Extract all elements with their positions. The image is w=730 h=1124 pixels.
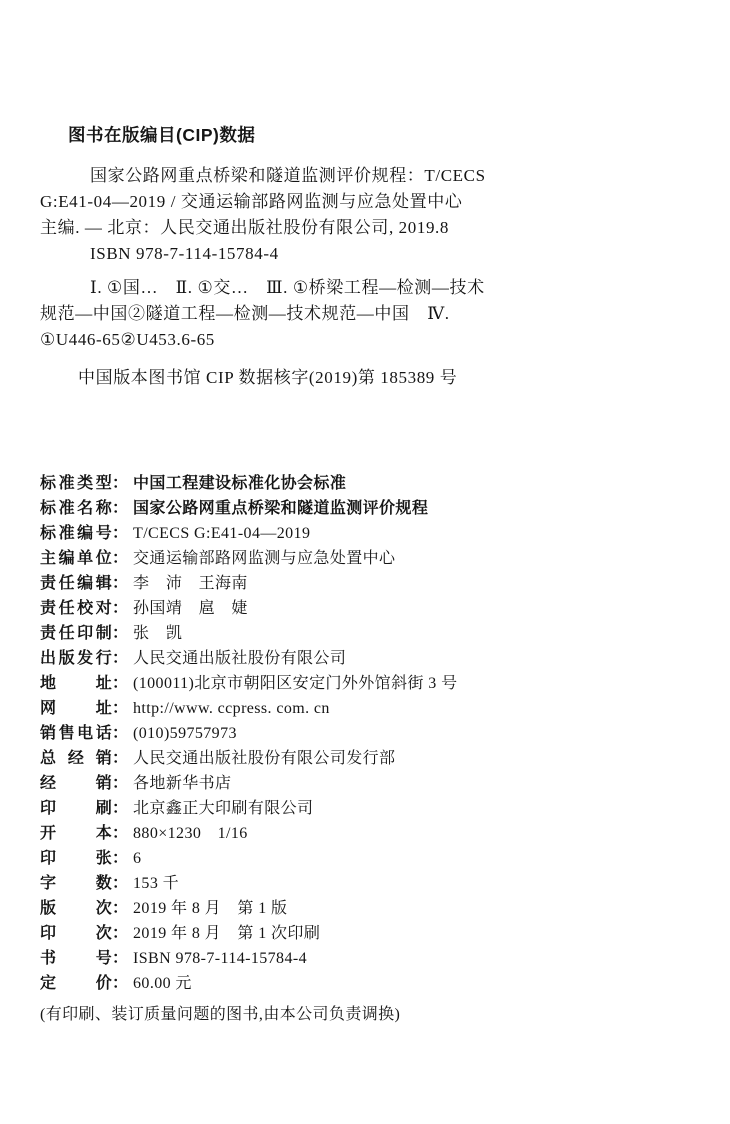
colon-separator: ： <box>112 825 128 842</box>
colon-separator: ： <box>112 475 128 492</box>
colon-separator: ： <box>112 775 128 792</box>
info-label: 开本 <box>40 821 112 846</box>
cip-isbn-line: ISBN 978-7-114-15784-4 <box>40 241 702 267</box>
info-row-website: 网址：http://www. ccpress. com. cn <box>40 696 702 721</box>
colon-separator: ： <box>112 700 128 717</box>
page-content: 图书在版编目(CIP)数据 国家公路网重点桥梁和隧道监测评价规程：T/CECS … <box>40 125 702 1027</box>
info-value: http://www. ccpress. com. cn <box>133 700 330 717</box>
info-value: 国家公路网重点桥梁和隧道监测评价规程 <box>133 500 428 517</box>
info-value: 2019 年 8 月 第 1 版 <box>133 900 287 917</box>
info-row-proofreader: 责任校对：孙国靖 扈 婕 <box>40 596 702 621</box>
colon-separator: ： <box>112 900 128 917</box>
info-value: (010)59757973 <box>133 725 237 742</box>
info-value: 中国工程建设标准化协会标准 <box>133 475 346 492</box>
colon-separator: ： <box>112 550 128 567</box>
info-label: 版次 <box>40 896 112 921</box>
info-label: 总经销 <box>40 746 112 771</box>
info-value: 李 沛 王海南 <box>133 575 248 592</box>
info-row-standard-name: 标准名称：国家公路网重点桥梁和隧道监测评价规程 <box>40 496 702 521</box>
info-row-printer: 印刷：北京鑫正大印刷有限公司 <box>40 796 702 821</box>
info-row-print-supervisor: 责任印制：张 凯 <box>40 621 702 646</box>
info-row-general-distributor: 总经销：人民交通出版社股份有限公司发行部 <box>40 746 702 771</box>
colon-separator: ： <box>112 600 128 617</box>
colon-separator: ： <box>112 750 128 767</box>
cip-class-line: 规范—中国②隧道工程—检测—技术规范—中国 Ⅳ. <box>40 301 702 327</box>
info-label: 印张 <box>40 846 112 871</box>
info-label: 责任校对 <box>40 596 112 621</box>
info-value: 6 <box>133 850 141 867</box>
info-label: 主编单位 <box>40 546 112 571</box>
info-row-distributor: 经销：各地新华书店 <box>40 771 702 796</box>
info-row-price: 定价：60.00 元 <box>40 971 702 996</box>
info-label: 定价 <box>40 971 112 996</box>
info-label: 印刷 <box>40 796 112 821</box>
colon-separator: ： <box>112 675 128 692</box>
info-label: 网址 <box>40 696 112 721</box>
info-label: 标准编号 <box>40 521 112 546</box>
colon-separator: ： <box>112 525 128 542</box>
cip-class-line: Ⅰ. ①国… Ⅱ. ①交… Ⅲ. ①桥梁工程—检测—技术 <box>40 275 702 301</box>
info-label: 书号 <box>40 946 112 971</box>
info-value: (100011)北京市朝阳区安定门外外馆斜街 3 号 <box>133 675 457 692</box>
info-value: 60.00 元 <box>133 975 192 992</box>
cip-registry-note: 中国版本图书馆 CIP 数据核字(2019)第 185389 号 <box>78 365 702 391</box>
info-value: T/CECS G:E41-04—2019 <box>133 525 310 542</box>
info-label: 标准名称 <box>40 496 112 521</box>
info-row-publisher: 出版发行：人民交通出版社股份有限公司 <box>40 646 702 671</box>
info-value: 北京鑫正大印刷有限公司 <box>133 800 313 817</box>
colon-separator: ： <box>112 925 128 942</box>
colon-separator: ： <box>112 875 128 892</box>
info-label: 印次 <box>40 921 112 946</box>
book-colophon-page: 图书在版编目(CIP)数据 国家公路网重点桥梁和隧道监测评价规程：T/CECS … <box>0 0 730 1124</box>
info-row-chief-editor-unit: 主编单位：交通运输部路网监测与应急处置中心 <box>40 546 702 571</box>
info-label: 责任编辑 <box>40 571 112 596</box>
info-label: 责任印制 <box>40 621 112 646</box>
info-row-standard-type: 标准类型：中国工程建设标准化协会标准 <box>40 471 702 496</box>
info-row-edition: 版次：2019 年 8 月 第 1 版 <box>40 896 702 921</box>
colophon-info-list: 标准类型：中国工程建设标准化协会标准 标准名称：国家公路网重点桥梁和隧道监测评价… <box>40 471 702 996</box>
info-value: 人民交通出版社股份有限公司 <box>133 650 346 667</box>
cip-standard-number-line: G:E41-04—2019 / 交通运输部路网监测与应急处置中心 <box>40 189 702 215</box>
info-row-sales-phone: 销售电话：(010)59757973 <box>40 721 702 746</box>
info-value: ISBN 978-7-114-15784-4 <box>133 950 307 967</box>
colon-separator: ： <box>112 950 128 967</box>
colon-separator: ： <box>112 650 128 667</box>
cip-class-line: ①U446-65②U453.6-65 <box>40 327 702 353</box>
colon-separator: ： <box>112 800 128 817</box>
info-row-printed-sheets: 印张：6 <box>40 846 702 871</box>
info-row-impression: 印次：2019 年 8 月 第 1 次印刷 <box>40 921 702 946</box>
info-value: 张 凯 <box>133 625 182 642</box>
info-row-standard-number: 标准编号：T/CECS G:E41-04—2019 <box>40 521 702 546</box>
info-label: 标准类型 <box>40 471 112 496</box>
info-row-address: 地址：(100011)北京市朝阳区安定门外外馆斜街 3 号 <box>40 671 702 696</box>
cip-publisher-line: 主编. — 北京：人民交通出版社股份有限公司, 2019.8 <box>40 215 702 241</box>
info-value: 880×1230 1/16 <box>133 825 248 842</box>
colon-separator: ： <box>112 850 128 867</box>
info-label: 地址 <box>40 671 112 696</box>
info-row-word-count: 字数：153 千 <box>40 871 702 896</box>
info-value: 各地新华书店 <box>133 775 231 792</box>
quality-exchange-note: (有印刷、装订质量问题的图书,由本公司负责调换) <box>40 1002 702 1027</box>
cip-classification-paragraph: Ⅰ. ①国… Ⅱ. ①交… Ⅲ. ①桥梁工程—检测—技术 规范—中国②隧道工程—… <box>40 275 702 353</box>
info-row-responsible-editor: 责任编辑：李 沛 王海南 <box>40 571 702 596</box>
cip-heading: 图书在版编目(CIP)数据 <box>68 125 702 145</box>
cip-record-paragraph: 国家公路网重点桥梁和隧道监测评价规程：T/CECS G:E41-04—2019 … <box>40 163 702 267</box>
info-label: 字数 <box>40 871 112 896</box>
info-label: 销售电话 <box>40 721 112 746</box>
cip-title-line: 国家公路网重点桥梁和隧道监测评价规程：T/CECS <box>40 163 702 189</box>
info-value: 153 千 <box>133 875 179 892</box>
info-row-format: 开本：880×1230 1/16 <box>40 821 702 846</box>
info-row-book-number: 书号：ISBN 978-7-114-15784-4 <box>40 946 702 971</box>
info-value: 人民交通出版社股份有限公司发行部 <box>133 750 395 767</box>
colon-separator: ： <box>112 500 128 517</box>
info-label: 经销 <box>40 771 112 796</box>
colon-separator: ： <box>112 575 128 592</box>
info-label: 出版发行 <box>40 646 112 671</box>
colon-separator: ： <box>112 975 128 992</box>
colon-separator: ： <box>112 625 128 642</box>
colon-separator: ： <box>112 725 128 742</box>
info-value: 孙国靖 扈 婕 <box>133 600 248 617</box>
info-value: 交通运输部路网监测与应急处置中心 <box>133 550 395 567</box>
info-value: 2019 年 8 月 第 1 次印刷 <box>133 925 320 942</box>
